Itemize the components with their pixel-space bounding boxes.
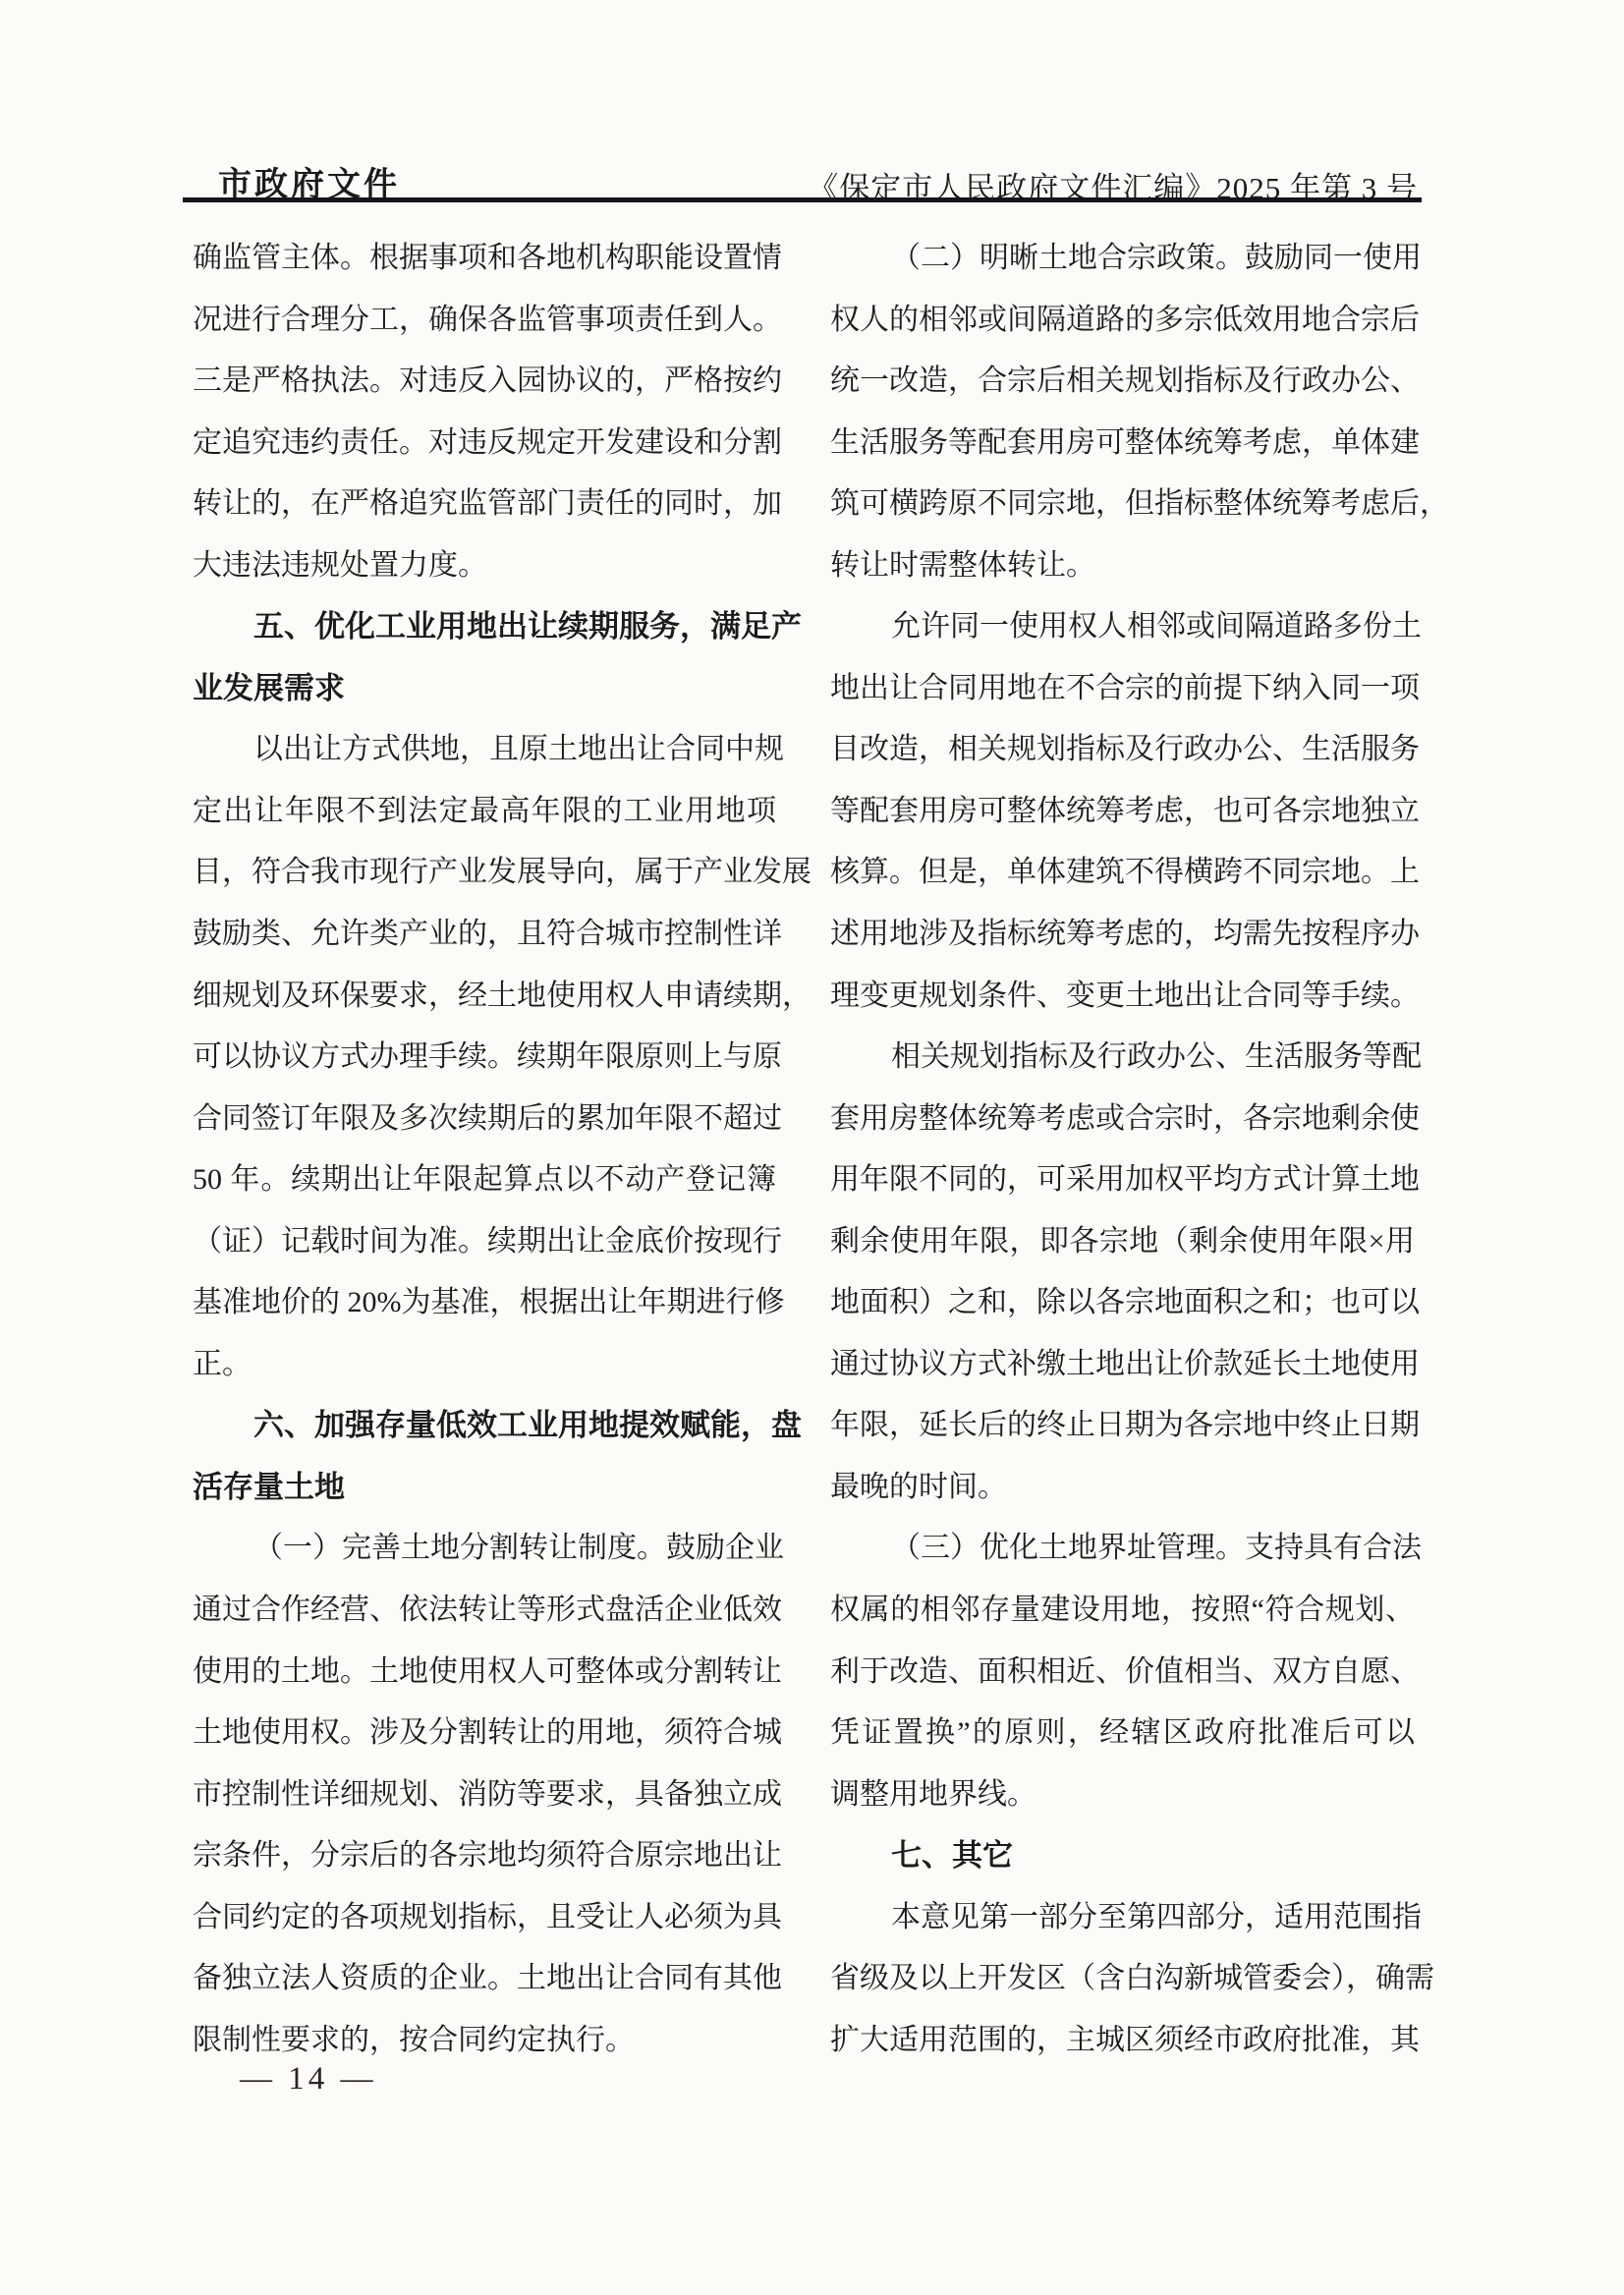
text-line: 50 年。续期出让年限起算点以不动产登记簿 xyxy=(193,1149,776,1211)
text-line: 以出让方式供地，且原土地出让合同中规 xyxy=(193,719,776,781)
text-line: 基准地价的 20%为基准，根据出让年期进行修 xyxy=(193,1272,776,1334)
text-line: 三是严格执法。对违反入园协议的，严格按约 xyxy=(193,351,776,413)
text-line: 鼓励类、允许类产业的，且符合城市控制性详 xyxy=(193,904,776,966)
text-line: 用年限不同的，可采用加权平均方式计算土地 xyxy=(830,1149,1415,1211)
text-line: 大违法违规处置力度。 xyxy=(193,535,776,597)
text-line: 市控制性详细规划、消防等要求，具备独立成 xyxy=(193,1764,776,1826)
text-line: 备独立法人资质的企业。土地出让合同有其他 xyxy=(193,1948,776,2010)
text-line: 况进行合理分工，确保各监管事项责任到人。 xyxy=(193,290,776,352)
body-text-segment: 鼓励同一使用 xyxy=(1245,242,1422,274)
text-line: 合同约定的各项规划指标，且受让人必须为具 xyxy=(193,1887,776,1949)
text-line: 相关规划指标及行政办公、生活服务等配 xyxy=(830,1027,1415,1089)
text-line: 转让的，在严格追究监管部门责任的同时，加 xyxy=(193,474,776,535)
text-line: 确监管主体。根据事项和各地机构职能设置情 xyxy=(193,228,776,290)
text-line: 合同签订年限及多次续期后的累加年限不超过 xyxy=(193,1089,776,1150)
text-line: 凭证置换”的原则，经辖区政府批准后可以 xyxy=(830,1703,1415,1764)
header-rule xyxy=(183,197,1422,202)
text-line: 等配套用房可整体统筹考虑，也可各宗地独立 xyxy=(830,781,1415,843)
text-line: 土地使用权。涉及分割转让的用地，须符合城 xyxy=(193,1703,776,1764)
text-line: 定追究违约责任。对违反规定开发建设和分割 xyxy=(193,413,776,475)
text-line: 利于改造、面积相近、价值相当、双方自愿、 xyxy=(830,1642,1415,1704)
text-line: 核算。但是，单体建筑不得横跨不同宗地。上 xyxy=(830,842,1415,904)
document-page: 市政府文件 《保定市人民政府文件汇编》2025 年第 3 号 确监管主体。根据事… xyxy=(0,0,1624,2295)
text-line: 宗条件，分宗后的各宗地均须符合原宗地出让 xyxy=(193,1825,776,1887)
text-line: 定出让年限不到法定最高年限的工业用地项 xyxy=(193,781,776,843)
body-text-segment: 鼓励企业 xyxy=(666,1532,784,1564)
text-line: 目，符合我市现行产业发展导向，属于产业发展 xyxy=(193,842,776,904)
text-line: 权人的相邻或间隔道路的多宗低效用地合宗后 xyxy=(830,290,1415,352)
text-line: 述用地涉及指标统筹考虑的，均需先按程序办 xyxy=(830,904,1415,966)
kaiti-lead-phrase: （一）完善土地分割转让制度。 xyxy=(253,1532,666,1564)
heading-line: 六、加强存量低效工业用地提效赋能，盘 xyxy=(193,1395,776,1457)
text-line: 使用的土地。土地使用权人可整体或分割转让 xyxy=(193,1642,776,1704)
text-line: 理变更规划条件、变更土地出让合同等手续。 xyxy=(830,966,1415,1028)
text-line: 允许同一使用权人相邻或间隔道路多份土 xyxy=(830,596,1415,658)
footer-page-number: — 14 — xyxy=(240,2061,377,2098)
text-line: 扩大适用范围的，主城区须经市政府批准，其 xyxy=(830,2010,1415,2072)
text-line: 细规划及环保要求，经土地使用权人申请续期， xyxy=(193,966,776,1028)
text-line: 生活服务等配套用房可整体统筹考虑，单体建 xyxy=(830,413,1415,475)
heading-line: 七、其它 xyxy=(830,1825,1415,1887)
text-line: 可以协议方式办理手续。续期年限原则上与原 xyxy=(193,1027,776,1089)
text-line: 通过合作经营、依法转让等形式盘活企业低效 xyxy=(193,1580,776,1642)
text-line: 权属的相邻存量建设用地，按照“符合规划、 xyxy=(830,1580,1415,1642)
kaiti-lead-phrase: （二）明晰土地合宗政策。 xyxy=(891,242,1245,274)
text-line: 筑可横跨原不同宗地，但指标整体统筹考虑后， xyxy=(830,474,1415,535)
heading-line: 活存量土地 xyxy=(193,1457,776,1519)
left-column: 确监管主体。根据事项和各地机构职能设置情况进行合理分工，确保各监管事项责任到人。… xyxy=(193,228,776,2071)
text-line: 统一改造，合宗后相关规划指标及行政办公、 xyxy=(830,351,1415,413)
text-line: （证）记载时间为准。续期出让金底价按现行 xyxy=(193,1211,776,1273)
kaiti-lead-phrase: （三）优化土地界址管理。 xyxy=(891,1532,1245,1564)
body-text-segment: 支持具有合法 xyxy=(1245,1532,1422,1564)
text-line: 转让时需整体转让。 xyxy=(830,535,1415,597)
heading-line: 五、优化工业用地出让续期服务，满足产 xyxy=(193,596,776,658)
text-line: 省级及以上开发区（含白沟新城管委会），确需 xyxy=(830,1948,1415,2010)
text-line: 套用房整体统筹考虑或合宗时，各宗地剩余使 xyxy=(830,1089,1415,1150)
text-line: 剩余使用年限，即各宗地（剩余使用年限×用 xyxy=(830,1211,1415,1273)
text-line: 最晚的时间。 xyxy=(830,1457,1415,1519)
text-line: 地出让合同用地在不合宗的前提下纳入同一项 xyxy=(830,658,1415,720)
text-line: 本意见第一部分至第四部分，适用范围指 xyxy=(830,1887,1415,1949)
text-line: （三）优化土地界址管理。支持具有合法 xyxy=(830,1518,1415,1580)
right-column: （二）明晰土地合宗政策。鼓励同一使用权人的相邻或间隔道路的多宗低效用地合宗后统一… xyxy=(830,228,1415,2071)
text-line: 调整用地界线。 xyxy=(830,1764,1415,1826)
heading-line: 业发展需求 xyxy=(193,658,776,720)
text-line: 通过协议方式补缴土地出让价款延长土地使用 xyxy=(830,1334,1415,1396)
text-line: 年限，延长后的终止日期为各宗地中终止日期 xyxy=(830,1395,1415,1457)
text-line: （二）明晰土地合宗政策。鼓励同一使用 xyxy=(830,228,1415,290)
text-line: 目改造，相关规划指标及行政办公、生活服务 xyxy=(830,719,1415,781)
text-line: 正。 xyxy=(193,1334,776,1396)
text-line: 地面积）之和，除以各宗地面积之和；也可以 xyxy=(830,1272,1415,1334)
text-line: （一）完善土地分割转让制度。鼓励企业 xyxy=(193,1518,776,1580)
